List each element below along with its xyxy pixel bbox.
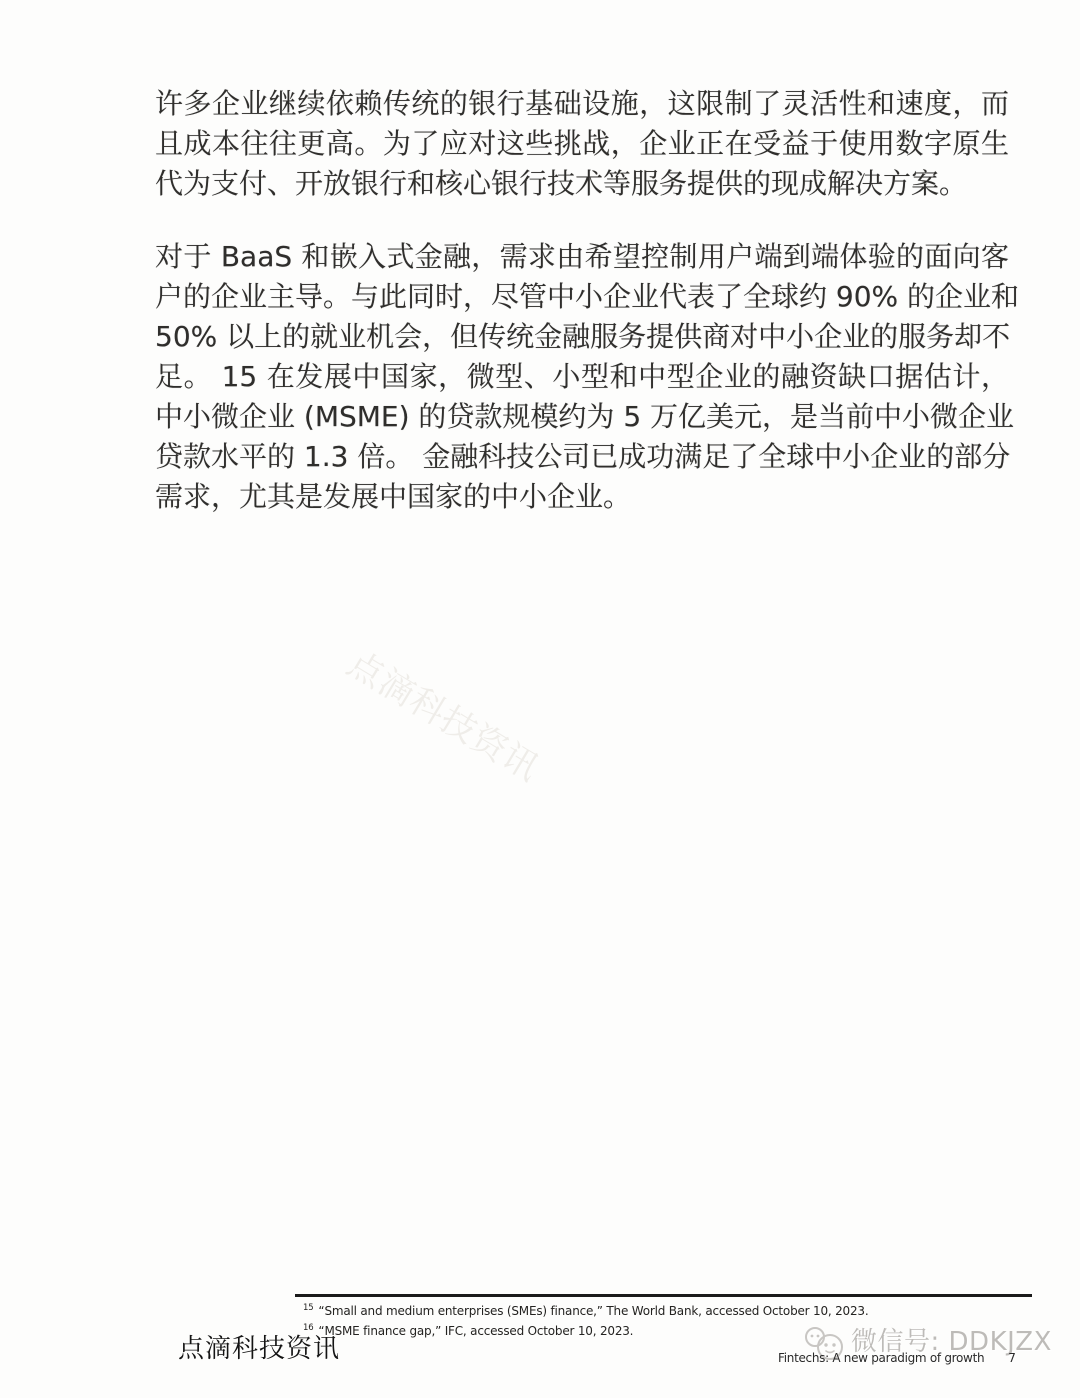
diagonal-watermark: 点滴科技资讯 bbox=[339, 637, 550, 791]
footnote-text: “MSME finance gap,” IFC, accessed Octobe… bbox=[318, 1324, 633, 1338]
footnote-separator-rule bbox=[295, 1294, 1032, 1297]
report-title: Fintechs: A new paradigm of growth bbox=[778, 1351, 984, 1365]
text-line: 贷款水平的 1.3 倍。 金融科技公司已成功满足了全球中小企业的部分 bbox=[155, 437, 1009, 477]
text-line: 对于 BaaS 和嵌入式金融，需求由希望控制用户端到端体验的面向客 bbox=[155, 237, 1009, 277]
footer-brand: 点滴科技资讯 bbox=[178, 1328, 340, 1365]
report-footer: Fintechs: A new paradigm of growth7 bbox=[778, 1351, 1016, 1365]
text-line: 需求，尤其是发展中国家的中小企业。 bbox=[155, 477, 1009, 517]
text-line: 50% 以上的就业机会，但传统金融服务提供商对中小企业的服务却不 bbox=[155, 317, 1009, 357]
page-number: 7 bbox=[1008, 1351, 1016, 1365]
footnote-text: “Small and medium enterprises (SMEs) fin… bbox=[318, 1304, 868, 1318]
text-line: 户的企业主导。与此同时，尽管中小企业代表了全球约 90% 的企业和 bbox=[155, 277, 1009, 317]
footnote-item: 15“Small and medium enterprises (SMEs) f… bbox=[303, 1300, 868, 1320]
footnote-marker: 15 bbox=[303, 1303, 313, 1313]
text-line: 许多企业继续依赖传统的银行基础设施，这限制了灵活性和速度，而 bbox=[155, 84, 1009, 124]
text-line: 中小微企业 (MSME) 的贷款规模约为 5 万亿美元，是当前中小微企业 bbox=[155, 397, 1009, 437]
text-line: 且成本往往更高。为了应对这些挑战，企业正在受益于使用数字原生 bbox=[155, 124, 1009, 164]
body-paragraph-1: 许多企业继续依赖传统的银行基础设施，这限制了灵活性和速度，而 且成本往往更高。为… bbox=[155, 84, 1009, 204]
text-line: 足。 15 在发展中国家，微型、小型和中型企业的融资缺口据估计， bbox=[155, 357, 1009, 397]
footnote-item: 16“MSME finance gap,” IFC, accessed Octo… bbox=[303, 1320, 868, 1340]
body-paragraph-2: 对于 BaaS 和嵌入式金融，需求由希望控制用户端到端体验的面向客 户的企业主导… bbox=[155, 237, 1009, 517]
text-line: 代为支付、开放银行和核心银行技术等服务提供的现成解决方案。 bbox=[155, 164, 1009, 204]
footnotes: 15“Small and medium enterprises (SMEs) f… bbox=[303, 1300, 868, 1340]
document-page: 许多企业继续依赖传统的银行基础设施，这限制了灵活性和速度，而 且成本往往更高。为… bbox=[0, 0, 1080, 1398]
